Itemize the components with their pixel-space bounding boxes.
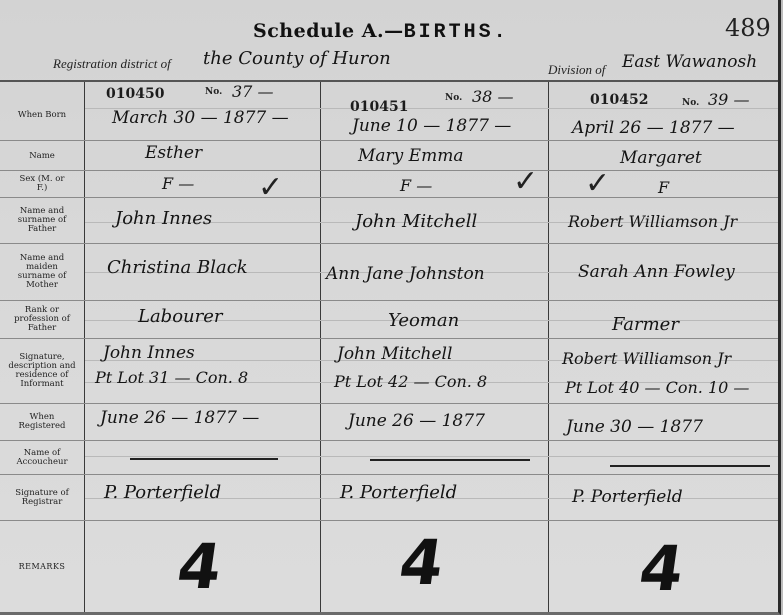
registration-number: 010450 (106, 86, 164, 102)
father-name: John Mitchell (355, 211, 477, 232)
sex: F (658, 178, 669, 197)
entry-number: 37 — (232, 82, 273, 101)
row-divider (0, 243, 778, 244)
row-divider (0, 440, 778, 441)
label-accoucheur: Name of Accoucheur (0, 441, 84, 474)
label-mother: Name and maiden surname of Mother (0, 244, 84, 300)
informant-name: John Mitchell (337, 344, 452, 364)
sex: F — (400, 176, 432, 195)
when-born: March 30 — 1877 — (112, 108, 289, 128)
informant-residence: Pt Lot 40 — Con. 10 — (565, 378, 749, 397)
birth-register-page: Schedule A.—BIRTHS. 489 Registration dis… (0, 0, 781, 615)
remark-mark: 4 (635, 532, 688, 605)
father-name: Robert Williamson Jr (568, 212, 737, 231)
accoucheur-blank-line (130, 458, 278, 460)
mother-name: Sarah Ann Fowley (578, 262, 735, 282)
entry-number: 38 — (472, 87, 513, 106)
schedule-title: Schedule A.—BIRTHS. (253, 20, 509, 44)
entry-number: 39 — (708, 90, 749, 109)
no-label: No. (205, 87, 222, 97)
informant-name: John Innes (103, 343, 195, 363)
father-profession: Farmer (612, 314, 679, 335)
when-born: June 10 — 1877 — (352, 116, 511, 136)
when-born: April 26 — 1877 — (572, 118, 735, 138)
remark-mark: 4 (395, 526, 448, 599)
no-label: No. (682, 98, 699, 108)
label-remarks: REMARKS (0, 521, 84, 611)
title-main: BIRTHS. (404, 21, 509, 44)
column-divider (320, 82, 321, 612)
father-profession: Labourer (138, 306, 223, 327)
district-label: Registration district of (53, 56, 171, 72)
row-divider (0, 338, 778, 339)
row-divider (0, 403, 778, 404)
label-informant: Signature, description and residence of … (0, 339, 84, 403)
child-name: Mary Emma (358, 146, 463, 166)
page-number: 489 (725, 14, 771, 42)
mother-name: Christina Black (107, 257, 248, 278)
title-prefix: Schedule A.— (253, 20, 404, 42)
row-divider (0, 300, 778, 301)
registration-date: June 26 — 1877 (348, 411, 485, 431)
registrar-signature: P. Porterfield (104, 482, 221, 503)
label-when-born: When Born (0, 100, 84, 130)
mother-name: Ann Jane Johnston (326, 264, 485, 284)
column-divider (84, 82, 85, 612)
column-divider (548, 82, 549, 612)
no-label: No. (445, 93, 462, 103)
check-mark-icon: ✓ (258, 170, 283, 205)
division-value: East Wawanosh (622, 52, 757, 72)
row-divider (0, 520, 778, 521)
label-registrar: Signature of Registrar (0, 475, 84, 520)
label-name: Name (0, 142, 84, 170)
row-divider (0, 474, 778, 475)
row-divider (0, 197, 778, 198)
child-name: Margaret (620, 148, 702, 168)
label-registered: When Registered (0, 404, 84, 440)
informant-name: Robert Williamson Jr (562, 349, 731, 368)
label-sex: Sex (M. or F.) (0, 171, 84, 197)
father-name: John Innes (115, 208, 212, 229)
division-label: Division of (548, 62, 605, 78)
row-divider (0, 170, 778, 171)
label-father: Name and surname of Father (0, 198, 84, 243)
remark-mark: 4 (173, 530, 226, 603)
registration-number: 010452 (590, 92, 648, 108)
father-profession: Yeoman (388, 310, 459, 331)
check-mark-icon: ✓ (513, 164, 538, 199)
registration-date: June 26 — 1877 — (100, 408, 259, 428)
registrar-signature: P. Porterfield (572, 487, 683, 507)
check-mark-icon: ✓ (585, 166, 610, 201)
accoucheur-blank-line (370, 459, 530, 461)
ruled-line (85, 456, 778, 457)
child-name: Esther (145, 143, 202, 163)
row-divider (0, 140, 778, 141)
district-value: the County of Huron (203, 48, 391, 69)
informant-residence: Pt Lot 42 — Con. 8 (334, 372, 487, 391)
registrar-signature: P. Porterfield (340, 482, 457, 503)
informant-residence: Pt Lot 31 — Con. 8 (95, 368, 248, 387)
registration-number: 010451 (350, 99, 408, 115)
label-profession: Rank or profession of Father (0, 301, 84, 338)
accoucheur-blank-line (610, 465, 770, 467)
registration-date: June 30 — 1877 (566, 417, 703, 437)
sex: F — (162, 174, 194, 193)
table-top-border (0, 80, 778, 82)
